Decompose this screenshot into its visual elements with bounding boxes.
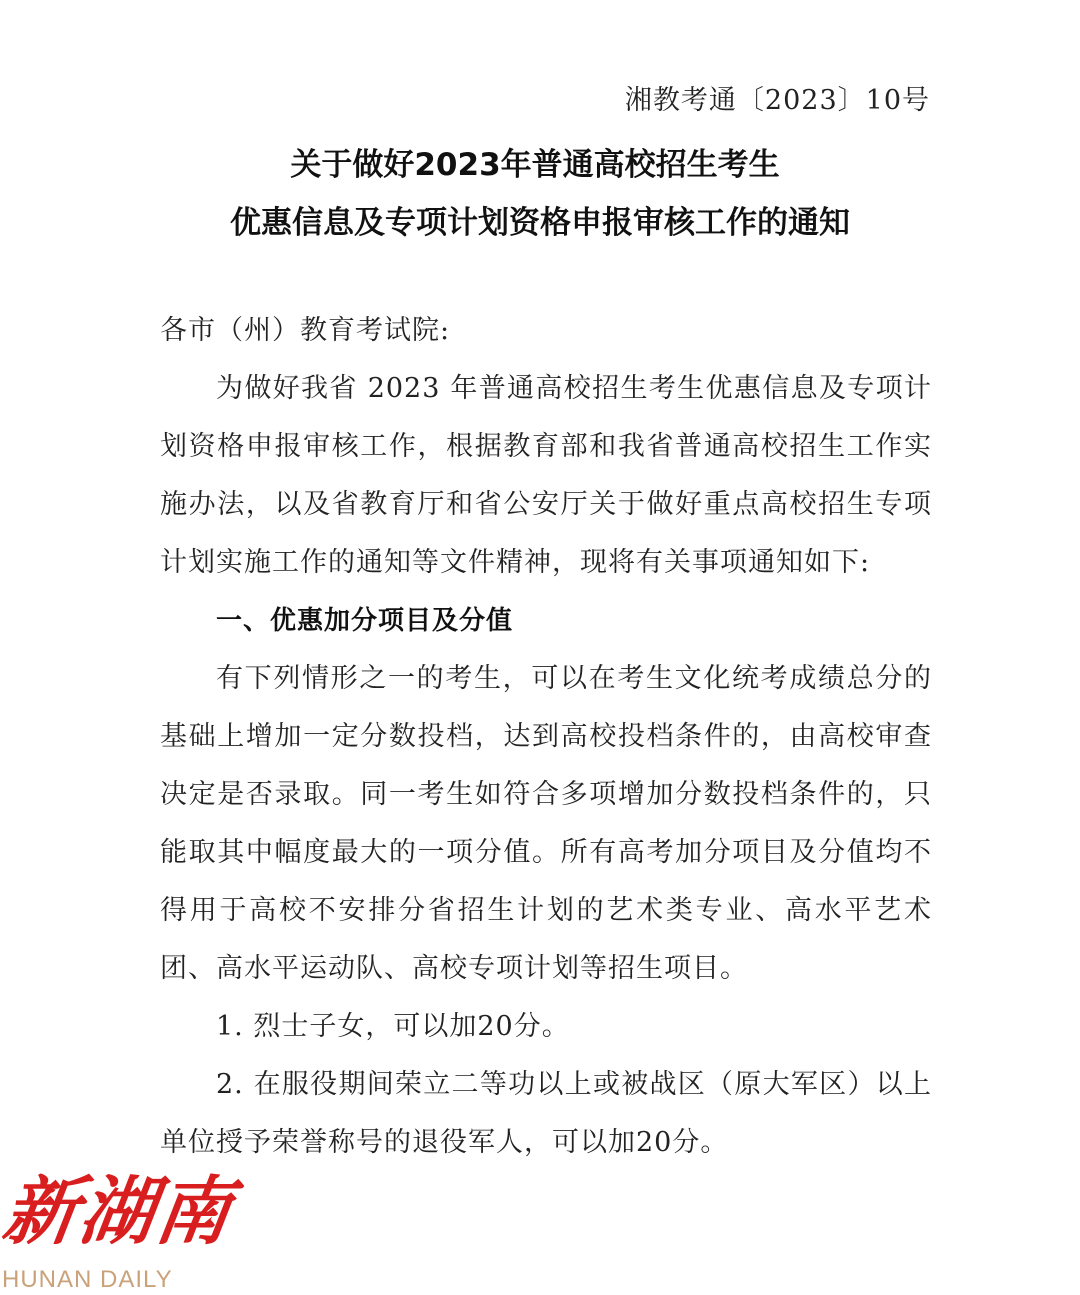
section-heading: 一、优惠加分项目及分值 [160, 592, 932, 650]
list-item: 1. 烈士子女，可以加20分。 [160, 998, 932, 1056]
title-line-2: 优惠信息及专项计划资格申报审核工作的通知 [0, 194, 1080, 252]
document-body: 各市（州）教育考试院: 为做好我省 2023 年普通高校招生考生优惠信息及专项计… [160, 302, 932, 1172]
intro-paragraph: 为做好我省 2023 年普通高校招生考生优惠信息及专项计划资格申报审核工作，根据… [160, 360, 932, 592]
list-item: 2. 在服役期间荣立二等功以上或被战区（原大军区）以上单位授予荣誉称号的退役军人… [160, 1056, 932, 1172]
logo-chinese-text: 新湖南 [0, 1166, 238, 1258]
hunan-daily-logo: 新湖南 HUNAN DAILY [0, 1166, 260, 1295]
logo-english-text: HUNAN DAILY [2, 1266, 173, 1294]
salutation: 各市（州）教育考试院: [160, 302, 932, 360]
title-line-1: 关于做好2023年普通高校招生考生 [0, 136, 1080, 194]
doc-number: 湘教考通〔2023〕10号 [625, 78, 930, 117]
section-paragraph: 有下列情形之一的考生，可以在考生文化统考成绩总分的基础上增加一定分数投档，达到高… [160, 650, 932, 998]
document-title: 关于做好2023年普通高校招生考生 优惠信息及专项计划资格申报审核工作的通知 [0, 136, 1080, 252]
